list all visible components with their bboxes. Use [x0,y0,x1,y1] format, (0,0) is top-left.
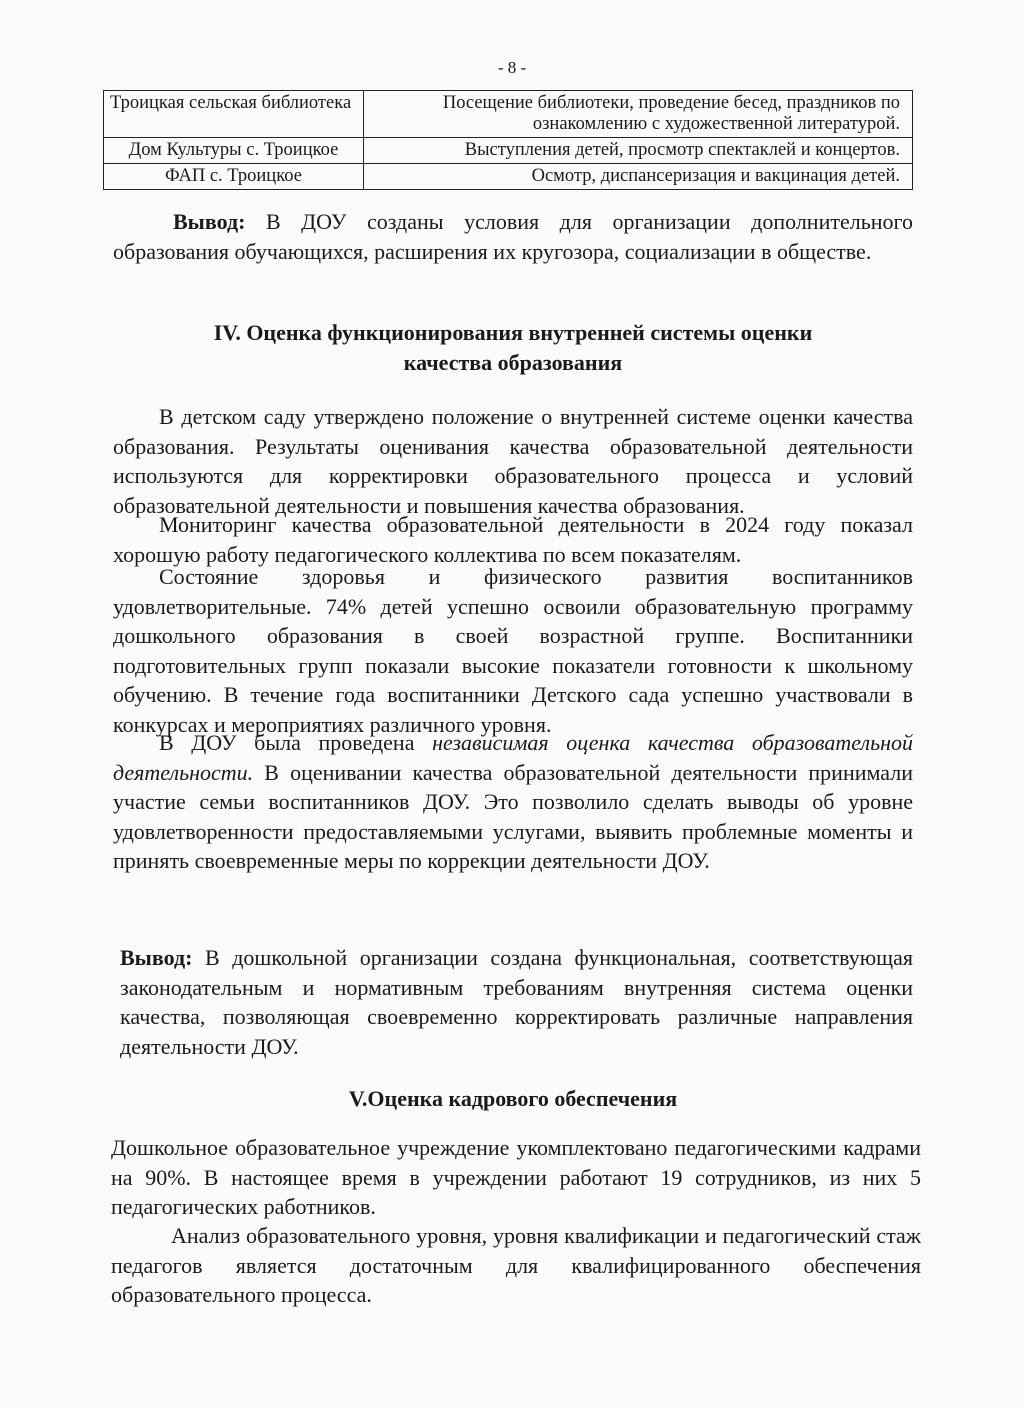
table-cell-organization: Троицкая сельская библиотека [104,91,364,138]
conclusion-text: В дошкольной организации создана функцио… [120,945,913,1059]
section-title-line: качества образования [113,348,913,378]
table-row: Дом Культуры с. Троицкое Выступления дет… [104,138,913,164]
body-paragraph: Анализ образовательного уровня, уровня к… [111,1221,921,1310]
table-cell-organization: ФАП с. Троицкое [104,164,364,190]
text-span: В ДОУ была проведена [159,730,432,755]
body-paragraph: Состояние здоровья и физического развити… [113,562,913,739]
table-cell-organization: Дом Культуры с. Троицкое [104,138,364,164]
conclusion-label: Вывод: [120,945,192,970]
body-paragraph: В детском саду утверждено положение о вн… [113,402,913,520]
table-row: ФАП с. Троицкое Осмотр, диспансеризация … [104,164,913,190]
table-row: Троицкая сельская библиотека Посещение б… [104,91,913,138]
table-cell-activity: Посещение библиотеки, проведение бесед, … [364,91,913,138]
conclusion-label: Вывод: [173,209,245,234]
section-title-line: IV. Оценка функционирования внутренней с… [113,318,913,348]
conclusion-paragraph: Вывод: В ДОУ созданы условия для организ… [113,207,913,266]
body-paragraph: В ДОУ была проведена независимая оценка … [113,728,913,876]
section-heading: IV. Оценка функционирования внутренней с… [113,318,913,378]
partners-table: Троицкая сельская библиотека Посещение б… [103,90,913,190]
conclusion-paragraph: Вывод: В дошкольной организации создана … [120,943,913,1061]
body-paragraph: Дошкольное образовательное учреждение ук… [111,1133,921,1222]
body-paragraph: Мониторинг качества образовательной деят… [113,510,913,569]
section-heading: V.Оценка кадрового обеспечения [113,1084,913,1114]
page-number: - 8 - [0,58,1024,78]
table-cell-activity: Осмотр, диспансеризация и вакцинация дет… [364,164,913,190]
table-cell-activity: Выступления детей, просмотр спектаклей и… [364,138,913,164]
